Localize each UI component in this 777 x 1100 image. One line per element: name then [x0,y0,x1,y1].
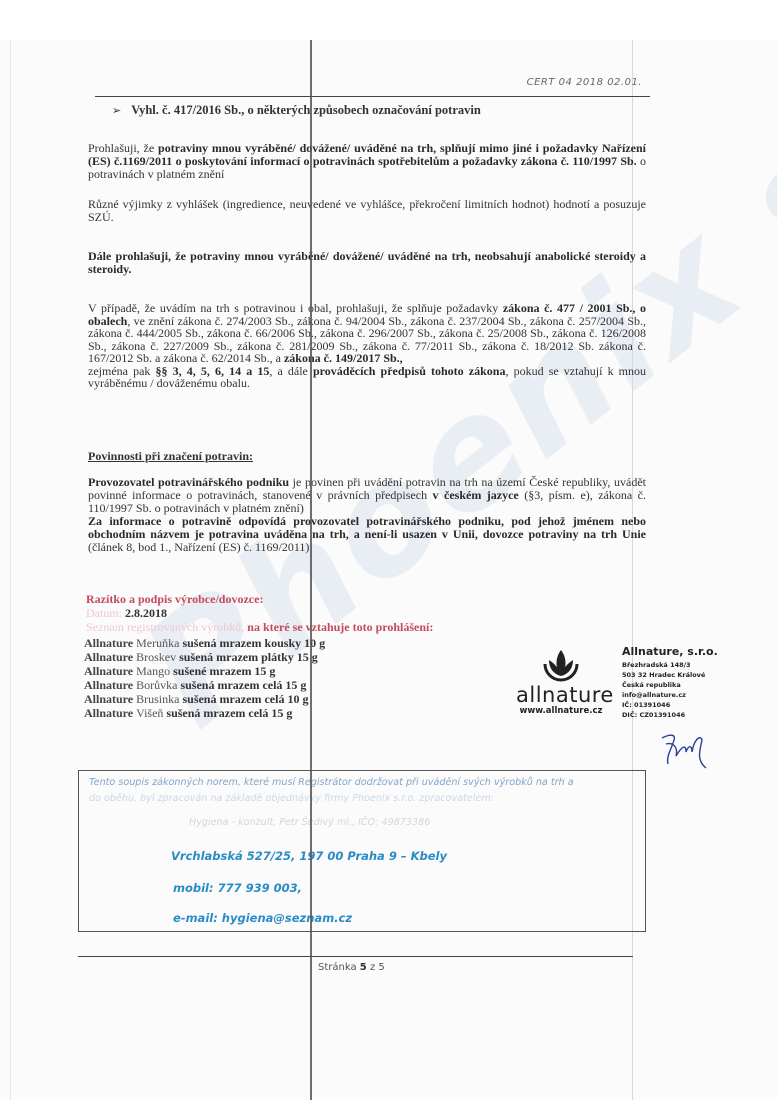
declaration-paragraph: Prohlašuji, že potraviny mnou vyráběné/ … [88,142,646,181]
list-item: Allnature Brusinka sušená mrazem celá 10… [84,692,325,706]
scan-artifact-line [310,40,312,1100]
labeling-obligations-title: Povinnosti při značení potravin: [88,449,253,464]
stamp-label: Razítko a podpis výrobce/dovozce: [86,592,263,607]
exceptions-paragraph: Různé výjimky z vyhlášek (ingredience, n… [88,198,646,224]
logo-wordmark: allnature [516,684,606,706]
section-heading: ➢Vyhl. č. 417/2016 Sb., o některých způs… [112,103,481,118]
products-label: Seznam registrovaných výrobků, na které … [86,620,433,635]
steroids-paragraph: Dále prohlašuji, že potraviny mnou vyráb… [88,250,646,276]
date-line: Datum: 2.8.2018 [86,606,167,621]
compiler-email: e-mail: hygiena@seznam.cz [173,911,352,925]
company-email: info@allnature.cz [622,690,718,700]
footer-divider [78,956,633,957]
date-value: 2.8.2018 [125,606,167,620]
company-city: 503 32 Hradec Králové [622,670,718,680]
obligations-paragraph: Provozovatel potravinářského podniku je … [88,476,646,554]
leaf-circle-logo-icon [539,644,583,688]
company-street: Březhradská 148/3 [622,660,718,670]
company-logo: allnature www.allnature.cz [516,644,606,716]
compiler-note-box: Tento soupis zákonných norem, které musí… [78,770,646,932]
handwritten-signature-icon [656,730,712,772]
company-name: Allnature, s.r.o. [622,645,718,658]
list-item: Allnature Meruňka sušená mrazem kousky 1… [84,636,325,650]
header-divider [95,96,650,97]
list-item: Allnature Višeň sušená mrazem celá 15 g [84,706,325,720]
heading-text: Vyhl. č. 417/2016 Sb., o některých způso… [131,103,481,117]
page-number: Stránka 5 z 5 [318,962,385,973]
arrow-bullet-icon: ➢ [112,104,121,117]
compiler-mobile: mobil: 777 939 003, [173,881,302,895]
list-item: Allnature Borůvka sušená mrazem celá 15 … [84,678,325,692]
compiler-address: Vrchlabská 527/25, 197 00 Praha 9 – Kbel… [171,849,447,863]
company-stamp: Allnature, s.r.o. Březhradská 148/3 503 … [622,645,718,720]
company-ic: IČ: 01391046 [622,700,718,710]
product-list: Allnature Meruňka sušená mrazem kousky 1… [84,636,325,720]
list-item: Allnature Mango sušené mrazem 15 g [84,664,325,678]
company-country: Česká republika [622,680,718,690]
compiler-note: Tento soupis zákonných norem, které musí… [89,775,639,807]
company-dic: DIČ: CZ01391046 [622,710,718,720]
list-item: Allnature Broskev sušená mrazem plátky 1… [84,650,325,664]
company-website: www.allnature.cz [516,706,606,716]
cert-code: CERT 04 2018 02.01. [527,77,642,88]
packaging-paragraph: V případě, že uvádím na trh s potravinou… [88,302,646,390]
scan-artifact-line [10,40,11,1100]
